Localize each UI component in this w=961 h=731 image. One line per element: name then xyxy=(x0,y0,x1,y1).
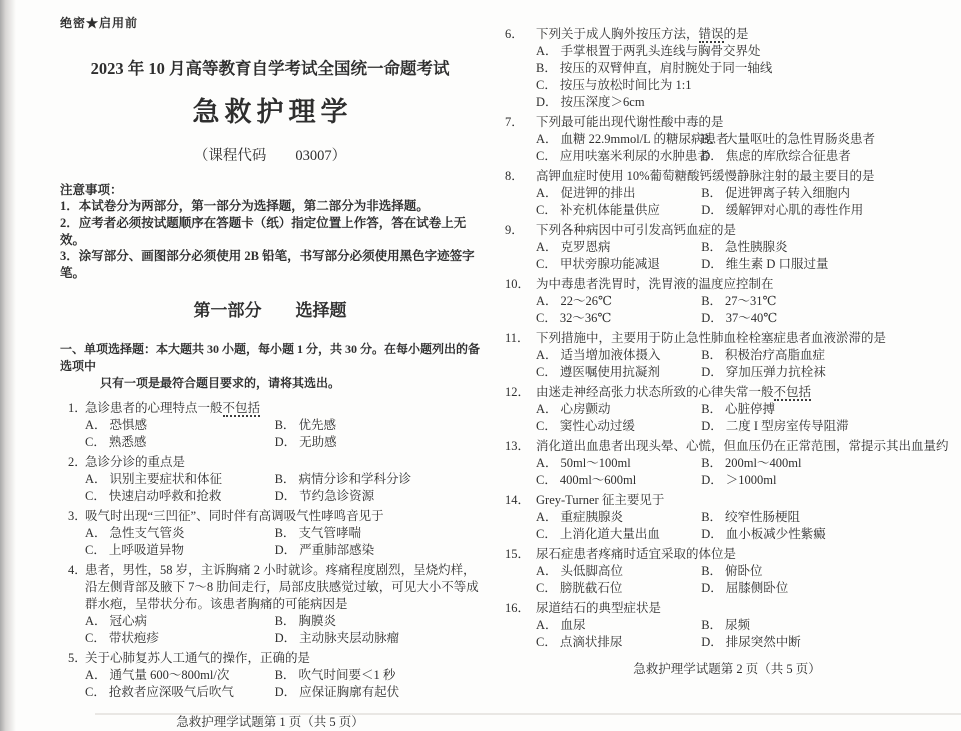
option-label: D． xyxy=(701,257,723,271)
question-number: 9． xyxy=(505,222,536,239)
question-option-B: B．支气管哮喘 xyxy=(275,525,480,542)
option-text: 节约急诊资源 xyxy=(299,489,374,503)
stem-text: 下列措施中，主要用于防止急性肺血栓栓塞症患者血液淤滞的是 xyxy=(536,331,886,345)
option-label: B． xyxy=(701,240,722,254)
question-option-B: B．绞窄性肠梗阻 xyxy=(701,509,949,526)
option-text: 上呼吸道异物 xyxy=(109,543,184,557)
question-stem-text: 消化道出血患者出现头晕、心慌，但血压仍在正常范围，常提示其出血量约 xyxy=(536,438,949,455)
option-text: ＞1000ml xyxy=(726,473,777,487)
option-label: C． xyxy=(536,203,557,217)
option-label: A． xyxy=(536,348,558,362)
question-option-B: B．胸膜炎 xyxy=(275,613,480,630)
exam-title: 2023 年 10 月高等教育自学考试全国统一命题考试 xyxy=(60,55,480,79)
exam-page-1: 绝密★启用前 2023 年 10 月高等教育自学考试全国统一命题考试 急救护理学… xyxy=(60,14,480,730)
question-option-D: D．焦虑的库欣综合征患者 xyxy=(701,148,949,165)
question-option-A: A．手掌根置于两乳头连线与胸骨交界处 xyxy=(536,43,949,60)
question-number: 8． xyxy=(505,168,536,185)
question-option-B: B．尿频 xyxy=(701,617,949,634)
option-text: 心房颤动 xyxy=(561,402,611,416)
question-stem: 5．关于心肺复苏人工通气的操作，正确的是 xyxy=(68,650,480,667)
option-label: C． xyxy=(85,435,106,449)
question-option-C: C．按压与放松时间比为 1:1 xyxy=(536,77,949,94)
option-label: B． xyxy=(275,418,296,432)
option-label: D． xyxy=(701,473,723,487)
questions-page-1: 1．急诊患者的心理特点一般不包括A．恐惧感B．优先感C．熟悉感D．无助感2．急诊… xyxy=(60,400,480,701)
question-stem-text: 急诊分诊的重点是 xyxy=(85,454,480,471)
option-text: 严重肺部感染 xyxy=(299,543,374,557)
question-option-D: D．二度 I 型房室传导阻滞 xyxy=(701,418,949,435)
question-option-A: A．恐惧感 xyxy=(85,417,275,434)
option-label: A． xyxy=(536,132,558,146)
option-label: C． xyxy=(85,543,106,557)
option-label: B． xyxy=(275,526,296,540)
question-option-A: A．重症胰腺炎 xyxy=(536,509,701,526)
question-stem-text: 下列关于成人胸外按压方法，错误的是 xyxy=(536,26,949,43)
questions-page-2: 6．下列关于成人胸外按压方法，错误的是A．手掌根置于两乳头连线与胸骨交界处B．按… xyxy=(505,26,949,651)
option-text: 冠心病 xyxy=(110,614,148,628)
option-label: D． xyxy=(701,311,723,325)
question-stem-text: 为中毒患者洗胃时，洗胃液的温度应控制在 xyxy=(536,276,949,293)
question-stem-text: 患者，男性，58 岁，主诉胸痛 2 小时就诊。疼痛程度剧烈，呈烧灼样，沿左侧背部… xyxy=(85,562,480,613)
question-number: 10． xyxy=(505,276,536,293)
option-text: 吹气时间要＜1 秒 xyxy=(298,668,395,682)
question-option-B: B．促进钾离子转入细胞内 xyxy=(701,185,949,202)
question-option-C: C．抢救者应深吸气后吹气 xyxy=(85,684,275,701)
question-stem-text: 急诊患者的心理特点一般不包括 xyxy=(85,400,480,417)
stem-text: 消化道出血患者出现头晕、心慌，但血压仍在正常范围，常提示其出血量约 xyxy=(536,439,949,453)
question-stem: 3．吸气时出现“三凹征”、同时伴有高调吸气性哮鸣音见于 xyxy=(68,508,480,525)
question-14: 14．Grey-Turner 征主要见于A．重症胰腺炎B．绞窄性肠梗阻C．上消化… xyxy=(505,492,949,543)
option-label: C． xyxy=(85,631,106,645)
question-option-D: D．屈膝侧卧位 xyxy=(701,580,949,597)
section-instruction: 一、单项选择题：本大题共 30 小题，每小题 1 分，共 30 分。在每小题列出… xyxy=(60,341,480,392)
option-label: C． xyxy=(536,635,557,649)
option-label: A． xyxy=(536,402,558,416)
question-2: 2．急诊分诊的重点是A．识别主要症状和体征B．病情分诊和学科分诊C．快速启动呼救… xyxy=(60,454,480,505)
question-stem: 14．Grey-Turner 征主要见于 xyxy=(505,492,949,509)
subject-title: 急救护理学 xyxy=(60,90,480,129)
option-label: A． xyxy=(85,418,107,432)
question-option-A: A．血尿 xyxy=(536,617,701,634)
question-number: 14． xyxy=(505,492,536,509)
note-item-3: 3．涂写部分、画图部分必须使用 2B 铅笔，书写部分必须使用黑色字迹签字笔。 xyxy=(60,248,480,282)
question-option-A: A．50ml～100ml xyxy=(536,455,701,472)
question-option-D: D．37～40℃ xyxy=(701,310,949,327)
question-option-D: D．严重肺部感染 xyxy=(275,542,480,559)
option-text: 绞窄性肠梗阻 xyxy=(725,510,800,524)
option-text: 快速启动呼救和抢救 xyxy=(109,489,222,503)
question-option-C: C．窦性心动过缓 xyxy=(536,418,701,435)
question-option-A: A．通气量 600～800ml/次 xyxy=(85,667,275,684)
stem-emphasized-text: 不包括 xyxy=(774,385,812,401)
option-label: D． xyxy=(701,581,723,595)
option-text: 甲状旁腺功能减退 xyxy=(560,257,660,271)
exam-page-2: 6．下列关于成人胸外按压方法，错误的是A．手掌根置于两乳头连线与胸骨交界处B．按… xyxy=(505,18,949,677)
question-options: A．22～26℃B．27～31℃C．32～36℃D．37～40℃ xyxy=(505,293,949,327)
option-label: B． xyxy=(701,402,722,416)
scan-left-edge xyxy=(0,0,16,731)
option-text: 上消化道大量出血 xyxy=(560,527,660,541)
question-options: A．通气量 600～800ml/次B．吹气时间要＜1 秒C．抢救者应深吸气后吹气… xyxy=(68,667,480,701)
option-text: 支气管哮喘 xyxy=(298,526,361,540)
stem-text: 关于心肺复苏人工通气的操作，正确的是 xyxy=(85,651,310,665)
stem-emphasized-text: 不包括 xyxy=(223,401,261,417)
question-option-B: B．大量呕吐的急性胃肠炎患者 xyxy=(701,131,949,148)
option-label: B． xyxy=(701,186,722,200)
option-text: 重症胰腺炎 xyxy=(561,510,624,524)
question-option-C: C．熟悉感 xyxy=(85,434,275,451)
notes-list: 1．本试卷分为两部分，第一部分为选择题，第二部分为非选择题。2．应考者必须按试题… xyxy=(60,198,480,282)
question-options: A．适当增加液体摄入B．积极治疗高脂血症C．遵医嘱使用抗凝剂D．穿加压弹力抗栓袜 xyxy=(505,347,949,381)
option-text: 按压的双臂伸直，肩肘腕处于同一轴线 xyxy=(560,61,773,75)
option-label: B． xyxy=(701,348,722,362)
question-9: 9．下列各种病因中可引发高钙血症的是A．克罗恩病B．急性胰腺炎C．甲状旁腺功能减… xyxy=(505,222,949,273)
note-item-2: 2．应考者必须按试题顺序在答题卡（纸）指定位置上作答，答在试卷上无效。 xyxy=(60,215,480,249)
option-label: C． xyxy=(536,473,557,487)
question-option-D: D．缓解钾对心肌的毒性作用 xyxy=(701,202,949,219)
question-option-D: D．无助感 xyxy=(275,434,480,451)
option-text: 维生素 D 口服过量 xyxy=(726,257,829,271)
option-text: 恐惧感 xyxy=(110,418,148,432)
question-option-D: D．主动脉夹层动脉瘤 xyxy=(275,630,480,647)
question-option-B: B．200ml～400ml xyxy=(701,455,949,472)
option-label: C． xyxy=(85,685,106,699)
option-text: 按压深度＞6cm xyxy=(561,95,645,109)
question-option-D: D．节约急诊资源 xyxy=(275,488,480,505)
option-label: D． xyxy=(275,685,297,699)
question-number: 12． xyxy=(505,384,536,401)
option-label: C． xyxy=(536,527,557,541)
stem-text: 为中毒患者洗胃时，洗胃液的温度应控制在 xyxy=(536,277,774,291)
option-label: B． xyxy=(536,61,557,75)
question-option-C: C．上呼吸道异物 xyxy=(85,542,275,559)
option-text: 点滴状排尿 xyxy=(560,635,623,649)
question-option-D: D．穿加压弹力抗栓袜 xyxy=(701,364,949,381)
option-label: A． xyxy=(85,668,107,682)
question-option-A: A．冠心病 xyxy=(85,613,275,630)
stem-text: 高钾血症时使用 10%葡萄糖酸钙缓慢静脉注射的最主要目的是 xyxy=(536,169,875,183)
option-text: 血小板减少性紫癜 xyxy=(726,527,826,541)
option-text: 俯卧位 xyxy=(725,564,763,578)
page-footer-1: 急救护理学试题第 1 页（共 5 页） xyxy=(60,712,480,730)
question-option-A: A．头低脚高位 xyxy=(536,563,701,580)
option-text: 排尿突然中断 xyxy=(726,635,801,649)
question-option-B: B．吹气时间要＜1 秒 xyxy=(275,667,480,684)
option-text: 识别主要症状和体征 xyxy=(110,472,223,486)
question-option-C: C．带状疱疹 xyxy=(85,630,275,647)
question-stem: 15．尿石症患者疼痛时适宜采取的体位是 xyxy=(505,546,949,563)
question-option-A: A．急性支气管炎 xyxy=(85,525,275,542)
option-text: 病情分诊和学科分诊 xyxy=(298,472,411,486)
option-label: A． xyxy=(536,510,558,524)
option-label: A． xyxy=(536,294,558,308)
option-text: 窦性心动过缓 xyxy=(560,419,635,433)
question-option-D: D．应保证胸廓有起伏 xyxy=(275,684,480,701)
option-text: 400ml～600ml xyxy=(560,473,636,487)
question-stem: 2．急诊分诊的重点是 xyxy=(68,454,480,471)
question-7: 7．下列最可能出现代谢性酸中毒的是A．血糖 22.9mmol/L 的糖尿病患者B… xyxy=(505,114,949,165)
question-option-D: D．血小板减少性紫癜 xyxy=(701,526,949,543)
option-text: 心脏停搏 xyxy=(725,402,775,416)
option-label: C． xyxy=(536,581,557,595)
question-stem-text: 由迷走神经高张力状态所致的心律失常一般不包括 xyxy=(536,384,949,401)
question-options: A．恐惧感B．优先感C．熟悉感D．无助感 xyxy=(68,417,480,451)
option-label: C． xyxy=(536,78,557,92)
section-title: 第一部分 选择题 xyxy=(60,296,480,321)
stem-text: 吸气时出现“三凹征”、同时伴有高调吸气性哮鸣音见于 xyxy=(85,509,384,523)
option-text: 二度 I 型房室传导阻滞 xyxy=(726,419,849,433)
question-stem-text: 尿石症患者疼痛时适宜采取的体位是 xyxy=(536,546,949,563)
option-text: 胸膜炎 xyxy=(298,614,336,628)
option-text: 急性支气管炎 xyxy=(110,526,185,540)
option-text: 50ml～100ml xyxy=(561,456,631,470)
question-number: 16． xyxy=(505,600,536,617)
option-text: 头低脚高位 xyxy=(561,564,624,578)
question-stem: 4．患者，男性，58 岁，主诉胸痛 2 小时就诊。疼痛程度剧烈，呈烧灼样，沿左侧… xyxy=(68,562,480,613)
option-text: 手掌根置于两乳头连线与胸骨交界处 xyxy=(561,44,761,58)
option-label: A． xyxy=(536,456,558,470)
question-options: A．手掌根置于两乳头连线与胸骨交界处B．按压的双臂伸直，肩肘腕处于同一轴线C．按… xyxy=(505,43,949,111)
question-stem-text: 下列最可能出现代谢性酸中毒的是 xyxy=(536,114,949,131)
instruction-line-1: 一、单项选择题：本大题共 30 小题，每小题 1 分，共 30 分。在每小题列出… xyxy=(60,341,480,375)
question-number: 6． xyxy=(505,26,536,43)
option-label: B． xyxy=(275,668,296,682)
question-13: 13．消化道出血患者出现头晕、心慌，但血压仍在正常范围，常提示其出血量约A．50… xyxy=(505,438,949,489)
option-label: D． xyxy=(701,149,723,163)
question-option-C: C．400ml～600ml xyxy=(536,472,701,489)
question-stem: 8．高钾血症时使用 10%葡萄糖酸钙缓慢静脉注射的最主要目的是 xyxy=(505,168,949,185)
question-option-C: C．补充机体能量供应 xyxy=(536,202,701,219)
stem-emphasized-text: 错误 xyxy=(699,27,724,43)
question-10: 10．为中毒患者洗胃时，洗胃液的温度应控制在A．22～26℃B．27～31℃C．… xyxy=(505,276,949,327)
question-options: A．心房颤动B．心脏停搏C．窦性心动过缓D．二度 I 型房室传导阻滞 xyxy=(505,401,949,435)
option-label: D． xyxy=(275,435,297,449)
option-text: 缓解钾对心肌的毒性作用 xyxy=(726,203,864,217)
question-options: A．克罗恩病B．急性胰腺炎C．甲状旁腺功能减退D．维生素 D 口服过量 xyxy=(505,239,949,273)
question-option-C: C．应用呋塞米利尿的水肿患者 xyxy=(536,148,701,165)
option-label: B． xyxy=(701,132,722,146)
question-options: A．重症胰腺炎B．绞窄性肠梗阻C．上消化道大量出血D．血小板减少性紫癜 xyxy=(505,509,949,543)
option-label: C． xyxy=(536,365,557,379)
option-label: D． xyxy=(275,489,297,503)
option-text: 积极治疗高脂血症 xyxy=(725,348,825,362)
question-11: 11．下列措施中，主要用于防止急性肺血栓栓塞症患者血液淤滞的是A．适当增加液体摄… xyxy=(505,330,949,381)
stem-text: Grey-Turner 征主要见于 xyxy=(536,493,664,507)
question-6: 6．下列关于成人胸外按压方法，错误的是A．手掌根置于两乳头连线与胸骨交界处B．按… xyxy=(505,26,949,111)
question-stem-text: 高钾血症时使用 10%葡萄糖酸钙缓慢静脉注射的最主要目的是 xyxy=(536,168,949,185)
option-text: 尿频 xyxy=(725,618,750,632)
option-text: 膀胱截石位 xyxy=(560,581,623,595)
option-text: 克罗恩病 xyxy=(561,240,611,254)
option-label: D． xyxy=(701,527,723,541)
stem-text: 尿石症患者疼痛时适宜采取的体位是 xyxy=(536,547,736,561)
option-text: 适当增加液体摄入 xyxy=(561,348,661,362)
option-text: 急性胰腺炎 xyxy=(725,240,788,254)
option-label: D． xyxy=(701,365,723,379)
question-number: 7． xyxy=(505,114,536,131)
option-text: 主动脉夹层动脉瘤 xyxy=(299,631,399,645)
question-option-C: C．快速启动呼救和抢救 xyxy=(85,488,275,505)
question-3: 3．吸气时出现“三凹征”、同时伴有高调吸气性哮鸣音见于A．急性支气管炎B．支气管… xyxy=(60,508,480,559)
question-option-A: A．22～26℃ xyxy=(536,293,701,310)
question-stem-text: 吸气时出现“三凹征”、同时伴有高调吸气性哮鸣音见于 xyxy=(85,508,480,525)
page-footer-2: 急救护理学试题第 2 页（共 5 页） xyxy=(505,659,949,677)
classification-banner: 绝密★启用前 xyxy=(60,14,480,31)
option-label: B． xyxy=(701,294,722,308)
question-options: A．血糖 22.9mmol/L 的糖尿病患者B．大量呕吐的急性胃肠炎患者C．应用… xyxy=(505,131,949,165)
question-stem-text: 关于心肺复苏人工通气的操作，正确的是 xyxy=(85,650,480,667)
option-text: 带状疱疹 xyxy=(109,631,159,645)
question-option-B: B．优先感 xyxy=(275,417,480,434)
option-label: B． xyxy=(275,472,296,486)
question-stem: 1．急诊患者的心理特点一般不包括 xyxy=(68,400,480,417)
question-option-B: B．急性胰腺炎 xyxy=(701,239,949,256)
question-4: 4．患者，男性，58 岁，主诉胸痛 2 小时就诊。疼痛程度剧烈，呈烧灼样，沿左侧… xyxy=(60,562,480,647)
question-options: A．50ml～100mlB．200ml～400mlC．400ml～600mlD．… xyxy=(505,455,949,489)
question-number: 1． xyxy=(68,400,85,417)
question-option-A: A．心房颤动 xyxy=(536,401,701,418)
question-stem: 10．为中毒患者洗胃时，洗胃液的温度应控制在 xyxy=(505,276,949,293)
question-option-B: B．病情分诊和学科分诊 xyxy=(275,471,480,488)
stem-text: 患者，男性，58 岁，主诉胸痛 2 小时就诊。疼痛程度剧烈，呈烧灼样，沿左侧背部… xyxy=(85,563,479,611)
option-text: 穿加压弹力抗栓袜 xyxy=(726,365,826,379)
question-option-D: D．排尿突然中断 xyxy=(701,634,949,651)
instruction-line-2: 只有一项是最符合题目要求的，请将其选出。 xyxy=(60,375,480,392)
option-label: A． xyxy=(85,526,107,540)
question-stem-text: 下列各种病因中可引发高钙血症的是 xyxy=(536,222,949,239)
option-text: 应用呋塞米利尿的水肿患者 xyxy=(560,149,710,163)
question-number: 2． xyxy=(68,454,85,471)
question-option-B: B．心脏停搏 xyxy=(701,401,949,418)
question-16: 16．尿道结石的典型症状是A．血尿B．尿频C．点滴状排尿D．排尿突然中断 xyxy=(505,600,949,651)
question-options: A．识别主要症状和体征B．病情分诊和学科分诊C．快速启动呼救和抢救D．节约急诊资… xyxy=(68,471,480,505)
option-label: A． xyxy=(536,618,558,632)
option-label: D． xyxy=(275,543,297,557)
note-item-1: 1．本试卷分为两部分，第一部分为选择题，第二部分为非选择题。 xyxy=(60,198,480,215)
option-text: 大量呕吐的急性胃肠炎患者 xyxy=(725,132,875,146)
option-label: D． xyxy=(701,419,723,433)
stem-text: 急诊分诊的重点是 xyxy=(85,455,185,469)
option-label: A． xyxy=(536,564,558,578)
stem-text: 尿道结石的典型症状是 xyxy=(536,601,661,615)
question-stem-text: 下列措施中，主要用于防止急性肺血栓栓塞症患者血液淤滞的是 xyxy=(536,330,949,347)
question-stem-text: 尿道结石的典型症状是 xyxy=(536,600,949,617)
stem-text: 由迷走神经高张力状态所致的心律失常一般 xyxy=(536,385,774,399)
option-label: D． xyxy=(701,635,723,649)
question-number: 4． xyxy=(68,562,85,613)
option-text: 促进钾的排出 xyxy=(561,186,636,200)
option-label: A． xyxy=(85,472,107,486)
question-option-C: C．上消化道大量出血 xyxy=(536,526,701,543)
option-label: D． xyxy=(536,95,558,109)
question-option-A: A．血糖 22.9mmol/L 的糖尿病患者 xyxy=(536,131,701,148)
question-option-D: D．＞1000ml xyxy=(701,472,949,489)
option-label: B． xyxy=(701,618,722,632)
notes-title: 注意事项： xyxy=(60,180,480,198)
question-option-A: A．克罗恩病 xyxy=(536,239,701,256)
option-text: 无助感 xyxy=(299,435,337,449)
stem-text: 下列最可能出现代谢性酸中毒的是 xyxy=(536,115,724,129)
question-number: 13． xyxy=(505,438,536,455)
question-number: 11． xyxy=(505,330,536,347)
question-stem: 6．下列关于成人胸外按压方法，错误的是 xyxy=(505,26,949,43)
question-option-C: C．甲状旁腺功能减退 xyxy=(536,256,701,273)
option-label: B． xyxy=(701,510,722,524)
question-8: 8．高钾血症时使用 10%葡萄糖酸钙缓慢静脉注射的最主要目的是A．促进钾的排出B… xyxy=(505,168,949,219)
exam-paper-scan: 绝密★启用前 2023 年 10 月高等教育自学考试全国统一命题考试 急救护理学… xyxy=(0,0,961,731)
question-option-A: A．适当增加液体摄入 xyxy=(536,347,701,364)
question-option-B: B．27～31℃ xyxy=(701,293,949,310)
question-options: A．急性支气管炎B．支气管哮喘C．上呼吸道异物D．严重肺部感染 xyxy=(68,525,480,559)
option-label: A． xyxy=(536,186,558,200)
option-label: B． xyxy=(275,614,296,628)
question-stem: 9．下列各种病因中可引发高钙血症的是 xyxy=(505,222,949,239)
option-label: D． xyxy=(701,203,723,217)
option-text: 37～40℃ xyxy=(726,311,777,325)
question-option-B: B．按压的双臂伸直，肩肘腕处于同一轴线 xyxy=(536,60,949,77)
option-label: C． xyxy=(536,257,557,271)
question-option-D: D．按压深度＞6cm xyxy=(536,94,949,111)
option-text: 熟悉感 xyxy=(109,435,147,449)
option-label: B． xyxy=(701,456,722,470)
question-options: A．血尿B．尿频C．点滴状排尿D．排尿突然中断 xyxy=(505,617,949,651)
question-options: A．头低脚高位B．俯卧位C．膀胱截石位D．屈膝侧卧位 xyxy=(505,563,949,597)
stem-text: 的是 xyxy=(724,27,749,41)
question-number: 15． xyxy=(505,546,536,563)
question-option-C: C．膀胱截石位 xyxy=(536,580,701,597)
question-option-C: C．点滴状排尿 xyxy=(536,634,701,651)
option-label: A． xyxy=(536,240,558,254)
option-text: 优先感 xyxy=(298,418,336,432)
question-option-A: A．识别主要症状和体征 xyxy=(85,471,275,488)
option-text: 促进钾离子转入细胞内 xyxy=(725,186,850,200)
question-stem: 11．下列措施中，主要用于防止急性肺血栓栓塞症患者血液淤滞的是 xyxy=(505,330,949,347)
option-text: 通气量 600～800ml/次 xyxy=(110,668,230,682)
question-1: 1．急诊患者的心理特点一般不包括A．恐惧感B．优先感C．熟悉感D．无助感 xyxy=(60,400,480,451)
stem-text: 急诊患者的心理特点一般 xyxy=(85,401,223,415)
question-number: 5． xyxy=(68,650,85,667)
option-label: A． xyxy=(85,614,107,628)
stem-text: 下列关于成人胸外按压方法， xyxy=(536,27,699,41)
question-option-D: D．维生素 D 口服过量 xyxy=(701,256,949,273)
question-5: 5．关于心肺复苏人工通气的操作，正确的是A．通气量 600～800ml/次B．吹… xyxy=(60,650,480,701)
option-text: 按压与放松时间比为 1:1 xyxy=(560,78,692,92)
option-text: 焦虑的库欣综合征患者 xyxy=(726,149,851,163)
question-option-B: B．积极治疗高脂血症 xyxy=(701,347,949,364)
option-label: C． xyxy=(536,419,557,433)
question-stem: 12．由迷走神经高张力状态所致的心律失常一般不包括 xyxy=(505,384,949,401)
question-stem: 7．下列最可能出现代谢性酸中毒的是 xyxy=(505,114,949,131)
question-12: 12．由迷走神经高张力状态所致的心律失常一般不包括A．心房颤动B．心脏停搏C．窦… xyxy=(505,384,949,435)
option-text: 22～26℃ xyxy=(561,294,612,308)
question-stem-text: Grey-Turner 征主要见于 xyxy=(536,492,949,509)
option-label: C． xyxy=(536,311,557,325)
option-text: 27～31℃ xyxy=(725,294,776,308)
option-label: C． xyxy=(85,489,106,503)
course-code: （课程代码 03007） xyxy=(60,144,480,165)
question-option-C: C．32～36℃ xyxy=(536,310,701,327)
option-text: 补充机体能量供应 xyxy=(560,203,660,217)
option-text: 应保证胸廓有起伏 xyxy=(299,685,399,699)
question-option-C: C．遵医嘱使用抗凝剂 xyxy=(536,364,701,381)
option-text: 32～36℃ xyxy=(560,311,611,325)
option-text: 屈膝侧卧位 xyxy=(726,581,789,595)
option-text: 血尿 xyxy=(561,618,586,632)
option-label: C． xyxy=(536,149,557,163)
question-option-B: B．俯卧位 xyxy=(701,563,949,580)
question-stem: 16．尿道结石的典型症状是 xyxy=(505,600,949,617)
stem-text: 下列各种病因中可引发高钙血症的是 xyxy=(536,223,736,237)
